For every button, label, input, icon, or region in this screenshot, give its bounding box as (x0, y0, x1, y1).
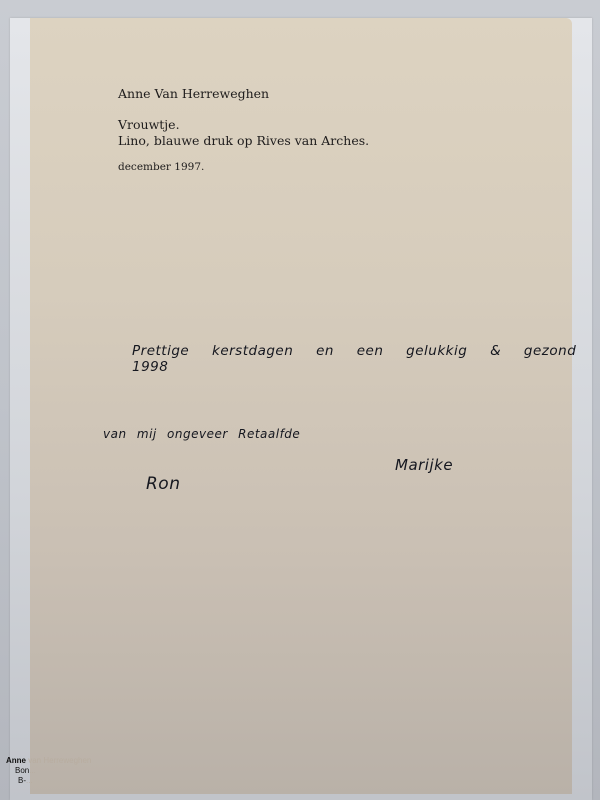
signature-left: Ron (146, 474, 181, 494)
stamp-line-3: B-... (6, 776, 91, 786)
artwork-title: Vrouwtje. (118, 117, 369, 133)
handwritten-note: van mij ongeveer Retaalfde (103, 427, 300, 441)
letterhead: Anne Van Herreweghen Vrouwtje. Lino, bla… (118, 86, 369, 173)
stamp-line-1: Anne van Herreweghen (6, 756, 91, 766)
artwork-description: Lino, blauwe druk op Rives van Arches. (118, 133, 369, 149)
address-stamp: Anne van Herreweghen Bon... B-... (6, 756, 91, 786)
handwritten-greeting: Prettige kerstdagen en een gelukkig & ge… (132, 343, 600, 375)
stamp-line-2: Bon... (6, 766, 91, 776)
artwork-date: december 1997. (118, 161, 369, 173)
artist-name: Anne Van Herreweghen (118, 86, 369, 101)
signature-right: Marijke (395, 456, 453, 474)
